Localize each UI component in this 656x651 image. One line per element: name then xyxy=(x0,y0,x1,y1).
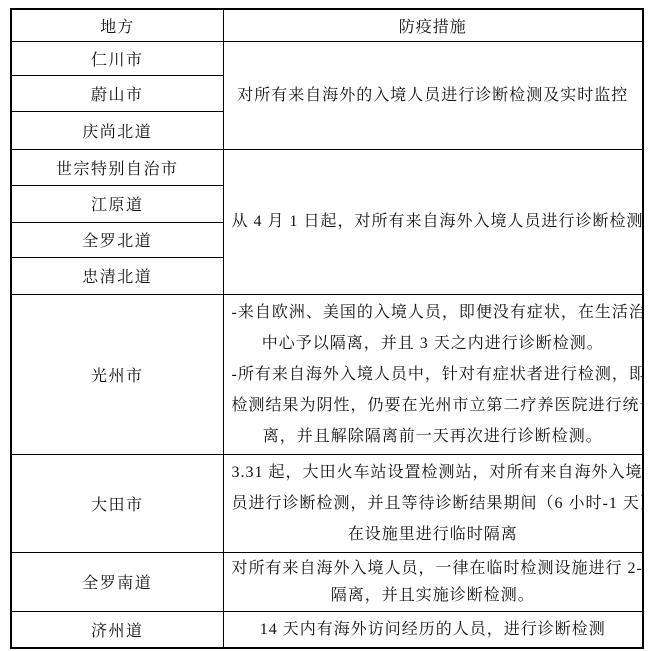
measure-cell-group-2: 从 4 月 1 日起，对所有来自海外入境人员进行诊断检测 xyxy=(223,149,643,294)
measure-text: -来自欧洲、美国的入境人员，即便没有症状，在生活治疗 xyxy=(232,297,635,328)
document-page: 地方 防疫措施 仁川市 对所有来自海外的入境人员进行诊断检测及实时监控 蔚山市 … xyxy=(0,0,656,651)
measure-cell-gwangju: -来自欧洲、美国的入境人员，即便没有症状，在生活治疗 中心予以隔离，并且 3 天… xyxy=(223,294,643,454)
measure-cell-daejeon: 3.31 起，大田火车站设置检测站，对所有来自海外入境人 员进行诊断检测，并且等… xyxy=(223,454,643,552)
region-cell-jeju: 济州道 xyxy=(11,611,223,648)
region-cell-jeollabuk: 全罗北道 xyxy=(11,222,223,257)
table-row: 大田市 3.31 起，大田火车站设置检测站，对所有来自海外入境人 员进行诊断检测… xyxy=(11,454,643,552)
table-row: 世宗特别自治市 从 4 月 1 日起，对所有来自海外入境人员进行诊断检测 xyxy=(11,149,643,185)
region-cell-chungcheongbuk: 忠清北道 xyxy=(11,257,223,294)
region-cell-gyeongsangbuk: 庆尚北道 xyxy=(11,111,223,149)
measure-text: 检测结果为阴性，仍要在光州市立第二疗养医院进行统一隔 xyxy=(232,390,635,421)
region-cell-ulsan: 蔚山市 xyxy=(11,75,223,111)
region-cell-jeollanam: 全罗南道 xyxy=(11,552,223,611)
table-row: 光州市 -来自欧洲、美国的入境人员，即便没有症状，在生活治疗 中心予以隔离，并且… xyxy=(11,294,643,454)
measure-text: -所有来自海外入境人员中，针对有症状者进行检测，即便 xyxy=(232,359,635,390)
quarantine-measures-table: 地方 防疫措施 仁川市 对所有来自海外的入境人员进行诊断检测及实时监控 蔚山市 … xyxy=(10,8,644,649)
region-cell-sejong: 世宗特别自治市 xyxy=(11,149,223,185)
table-row: 济州道 14 天内有海外访问经历的人员，进行诊断检测 xyxy=(11,611,643,648)
region-cell-gangwon: 江原道 xyxy=(11,185,223,222)
measure-cell-group-1: 对所有来自海外的入境人员进行诊断检测及实时监控 xyxy=(223,41,643,149)
table-header-row: 地方 防疫措施 xyxy=(11,9,643,41)
measure-text: 从 4 月 1 日起，对所有来自海外入境人员进行诊断检测 xyxy=(232,206,635,237)
measure-cell-jeollanam: 对所有来自海外入境人员，一律在临时检测设施进行 2-3 天 隔离，并且实施诊断检… xyxy=(223,552,643,611)
column-header-region: 地方 xyxy=(11,9,223,41)
region-cell-gwangju: 光州市 xyxy=(11,294,223,454)
measure-text: 员进行诊断检测，并且等待诊断结果期间（6 小时-1 天）须 xyxy=(232,488,635,519)
measure-text: 中心予以隔离，并且 3 天之内进行诊断检测。 xyxy=(232,328,635,359)
table-row: 仁川市 对所有来自海外的入境人员进行诊断检测及实时监控 xyxy=(11,41,643,75)
region-cell-incheon: 仁川市 xyxy=(11,41,223,75)
region-cell-daejeon: 大田市 xyxy=(11,454,223,552)
table-row: 全罗南道 对所有来自海外入境人员，一律在临时检测设施进行 2-3 天 隔离，并且… xyxy=(11,552,643,611)
column-header-measures: 防疫措施 xyxy=(223,9,643,41)
measure-text: 对所有来自海外的入境人员进行诊断检测及实时监控 xyxy=(232,80,635,111)
measure-text: 对所有来自海外入境人员，一律在临时检测设施进行 2-3 天 xyxy=(232,555,635,582)
measure-text: 隔离，并且实施诊断检测。 xyxy=(232,582,635,609)
measure-text: 3.31 起，大田火车站设置检测站，对所有来自海外入境人 xyxy=(232,457,635,488)
measure-text: 在设施里进行临时隔离 xyxy=(232,519,635,550)
measure-text: 离，并且解除隔离前一天再次进行诊断检测。 xyxy=(232,421,635,452)
measure-text: 14 天内有海外访问经历的人员，进行诊断检测 xyxy=(232,614,635,645)
measure-cell-jeju: 14 天内有海外访问经历的人员，进行诊断检测 xyxy=(223,611,643,648)
